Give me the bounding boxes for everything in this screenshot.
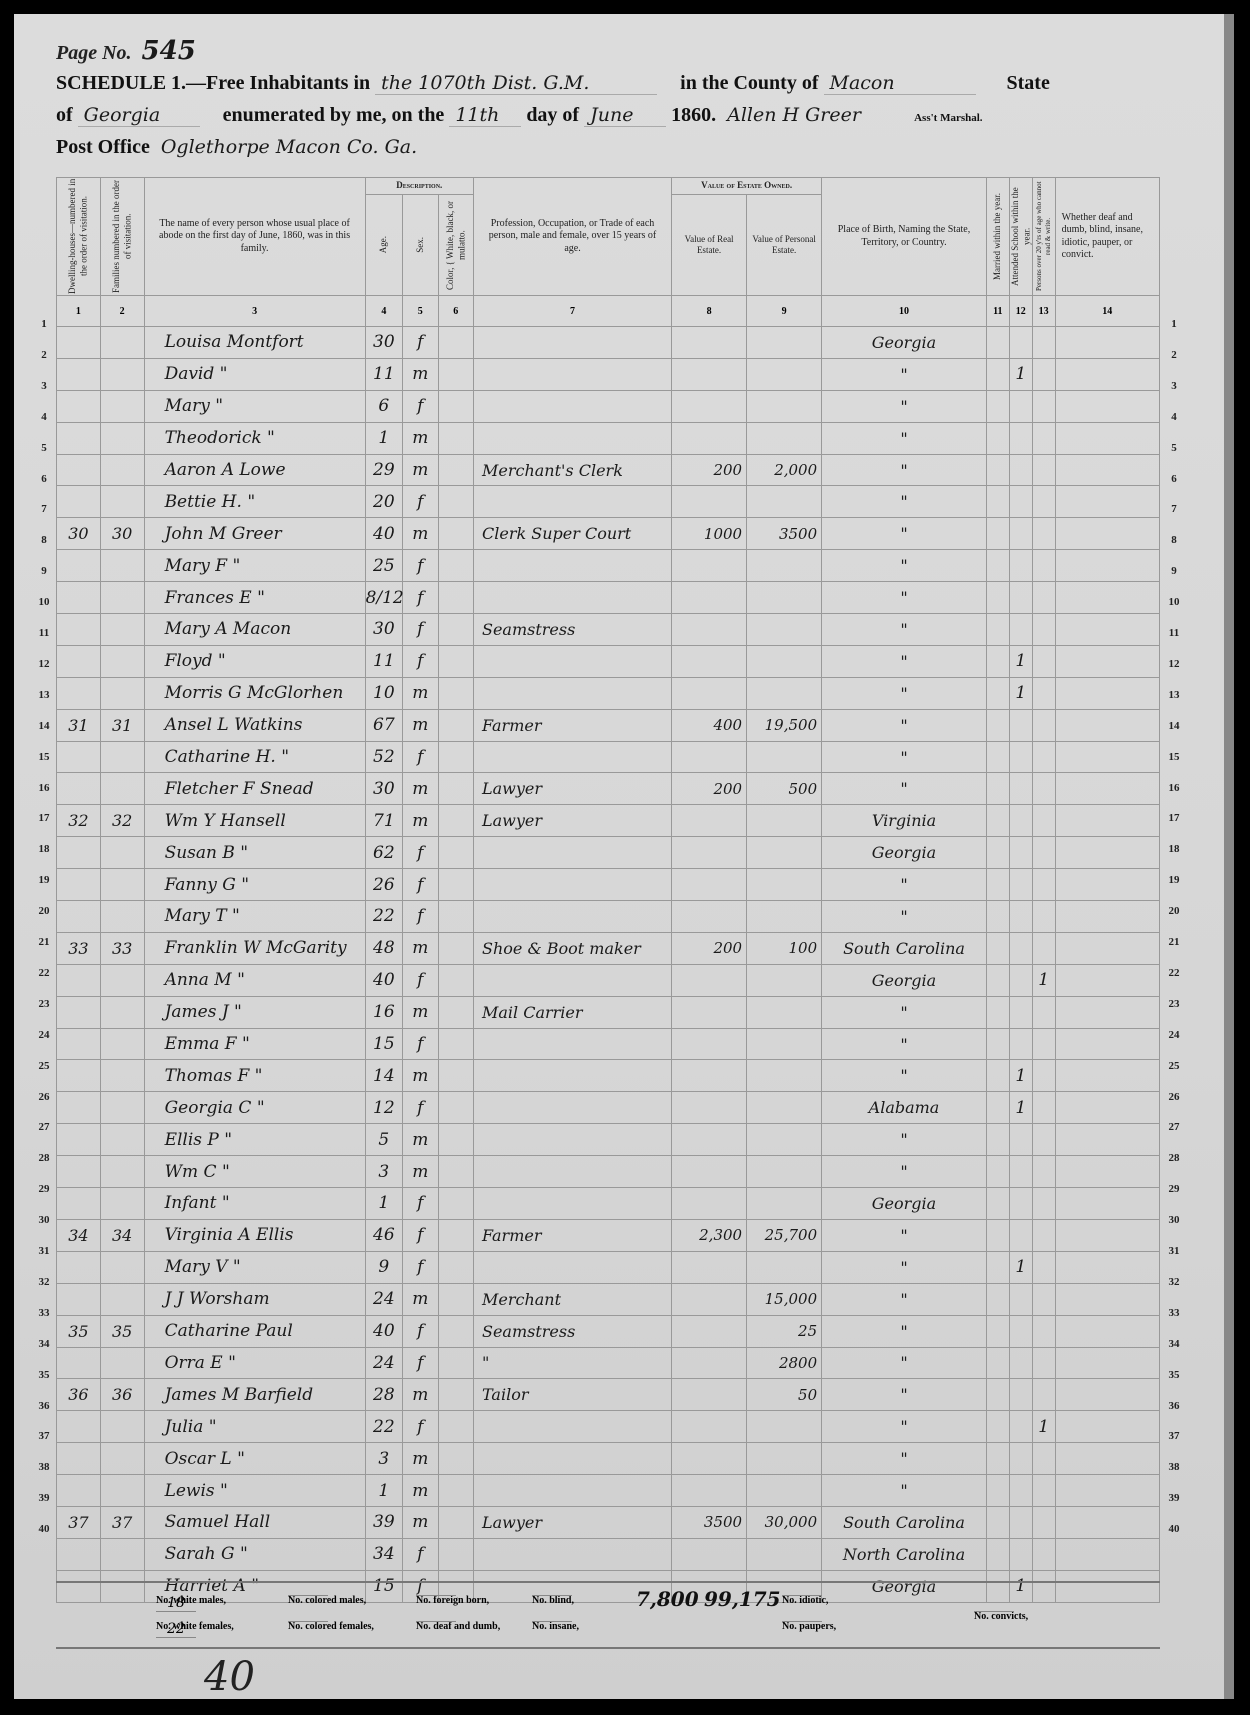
table-row: Orra E "24f"2800" <box>57 1347 1160 1379</box>
cell-occupation <box>473 1028 671 1060</box>
cell-personal-estate <box>747 390 822 422</box>
cell-sex: f <box>403 614 438 646</box>
cell-dwelling <box>57 390 101 422</box>
cell-name: Wm C " <box>144 1156 365 1188</box>
cell-name: Orra E " <box>144 1347 365 1379</box>
cell-disability <box>1055 805 1159 837</box>
cell-married <box>986 1347 1009 1379</box>
cell-personal-estate <box>747 1411 822 1443</box>
cell-sex: m <box>403 1060 438 1092</box>
cell-family <box>100 1092 144 1124</box>
cell-occupation <box>473 677 671 709</box>
cell-family <box>100 869 144 901</box>
line-number: 29 <box>34 1183 54 1195</box>
cell-real-estate <box>672 1156 747 1188</box>
cell-illiterate <box>1032 358 1055 390</box>
cell-married <box>986 454 1009 486</box>
line-number: 18 <box>34 843 54 855</box>
line-number: 29 <box>1164 1183 1184 1195</box>
cell-married <box>986 1506 1009 1538</box>
cell-name: Floyd " <box>144 645 365 677</box>
cell-family <box>100 1411 144 1443</box>
cell-personal-estate <box>747 1251 822 1283</box>
cell-birthplace: " <box>822 677 987 709</box>
line-number: 25 <box>1164 1060 1184 1072</box>
cell-age: 3 <box>365 1156 403 1188</box>
cell-school <box>1009 1475 1032 1507</box>
cell-disability <box>1055 582 1159 614</box>
cell-disability <box>1055 486 1159 518</box>
cell-school <box>1009 1538 1032 1570</box>
cell-family <box>100 964 144 996</box>
cell-name: Lewis " <box>144 1475 365 1507</box>
cell-dwelling <box>57 1251 101 1283</box>
cell-illiterate <box>1032 773 1055 805</box>
cell-occupation: Clerk Super Court <box>473 518 671 550</box>
cell-married <box>986 1156 1009 1188</box>
cell-name: Fanny G " <box>144 869 365 901</box>
cell-married <box>986 964 1009 996</box>
cell-color <box>438 1347 473 1379</box>
cell-sex: f <box>403 741 438 773</box>
cell-sex: m <box>403 1124 438 1156</box>
cell-birthplace: Georgia <box>822 837 987 869</box>
line-number: 5 <box>1164 442 1184 454</box>
cell-disability <box>1055 390 1159 422</box>
footer-mark: 40 <box>204 1654 255 1700</box>
cell-illiterate <box>1032 327 1055 359</box>
summary-block: No. white males, 18 No. white females, 2… <box>56 1581 1160 1649</box>
cell-color <box>438 327 473 359</box>
cell-sex: f <box>403 1538 438 1570</box>
cell-married <box>986 1124 1009 1156</box>
cell-married <box>986 709 1009 741</box>
line-number: 14 <box>1164 720 1184 732</box>
cell-dwelling <box>57 677 101 709</box>
cell-age: 14 <box>365 1060 403 1092</box>
cell-disability <box>1055 550 1159 582</box>
header-age: Age. <box>365 195 403 296</box>
table-row: Oscar L "3m" <box>57 1443 1160 1475</box>
cell-birthplace: " <box>822 1347 987 1379</box>
table-row: Anna M "40fGeorgia1 <box>57 964 1160 996</box>
district-value: the 1070th Dist. G.M. <box>375 72 657 95</box>
cell-age: 30 <box>365 327 403 359</box>
cell-disability <box>1055 837 1159 869</box>
cell-color <box>438 709 473 741</box>
cell-color <box>438 518 473 550</box>
cell-birthplace: Georgia <box>822 327 987 359</box>
table-row: Theodorick "1m" <box>57 422 1160 454</box>
cell-school <box>1009 964 1032 996</box>
schedule-line: SCHEDULE 1.—Free Inhabitants in the 1070… <box>56 72 1050 95</box>
cell-birthplace: " <box>822 1283 987 1315</box>
line-number: 10 <box>34 596 54 608</box>
col-num: 3 <box>144 296 365 327</box>
cell-illiterate <box>1032 1188 1055 1220</box>
cell-school <box>1009 869 1032 901</box>
cell-school <box>1009 996 1032 1028</box>
cell-married <box>986 741 1009 773</box>
cell-color <box>438 1251 473 1283</box>
cell-dwelling <box>57 1475 101 1507</box>
cell-name: Susan B " <box>144 837 365 869</box>
cell-family <box>100 358 144 390</box>
cell-real-estate <box>672 422 747 454</box>
cell-name: David " <box>144 358 365 390</box>
cell-name: Thomas F " <box>144 1060 365 1092</box>
cell-occupation <box>473 1092 671 1124</box>
cell-occupation <box>473 550 671 582</box>
col-num: 7 <box>473 296 671 327</box>
cell-dwelling <box>57 1283 101 1315</box>
header-sex: Sex. <box>403 195 438 296</box>
cell-birthplace: " <box>822 1411 987 1443</box>
cell-disability <box>1055 358 1159 390</box>
line-number: 3 <box>1164 380 1184 392</box>
cell-sex: m <box>403 1506 438 1538</box>
cell-age: 24 <box>365 1283 403 1315</box>
cell-family <box>100 1443 144 1475</box>
cell-school <box>1009 901 1032 933</box>
cell-name: Mary T " <box>144 901 365 933</box>
cell-personal-estate <box>747 422 822 454</box>
cell-occupation: " <box>473 1347 671 1379</box>
marshal-label: Ass't Marshal. <box>914 112 982 124</box>
cell-family <box>100 1347 144 1379</box>
cell-age: 11 <box>365 645 403 677</box>
enumeration-line: of Georgia enumerated by me, on the 11th… <box>56 104 983 127</box>
cell-color <box>438 486 473 518</box>
line-number: 8 <box>34 534 54 546</box>
state-value: Georgia <box>78 104 200 127</box>
cell-disability <box>1055 1028 1159 1060</box>
cell-birthplace: " <box>822 358 987 390</box>
line-number: 34 <box>1164 1338 1184 1350</box>
cell-sex: f <box>403 486 438 518</box>
cell-personal-estate: 3500 <box>747 518 822 550</box>
cell-school <box>1009 1283 1032 1315</box>
cell-age: 67 <box>365 709 403 741</box>
cell-name: Sarah G " <box>144 1538 365 1570</box>
cell-name: Ellis P " <box>144 1124 365 1156</box>
cell-illiterate <box>1032 741 1055 773</box>
cell-real-estate <box>672 901 747 933</box>
cell-illiterate <box>1032 709 1055 741</box>
cell-real-estate <box>672 1475 747 1507</box>
line-number: 27 <box>34 1121 54 1133</box>
cell-dwelling: 35 <box>57 1315 101 1347</box>
cell-name: Mary F " <box>144 550 365 582</box>
cell-occupation: Lawyer <box>473 1506 671 1538</box>
cell-personal-estate <box>747 358 822 390</box>
cell-occupation <box>473 582 671 614</box>
cell-color <box>438 550 473 582</box>
line-number: 10 <box>1164 596 1184 608</box>
table-row: 3535Catharine Paul40fSeamstress25" <box>57 1315 1160 1347</box>
cell-age: 12 <box>365 1092 403 1124</box>
cell-real-estate: 2,300 <box>672 1219 747 1251</box>
cell-name: Anna M " <box>144 964 365 996</box>
cell-age: 29 <box>365 454 403 486</box>
cell-name: Emma F " <box>144 1028 365 1060</box>
cell-occupation <box>473 1060 671 1092</box>
header-married: Married within the year. <box>986 178 1009 296</box>
cell-real-estate <box>672 390 747 422</box>
cell-age: 6 <box>365 390 403 422</box>
cell-age: 30 <box>365 614 403 646</box>
cell-school <box>1009 1028 1032 1060</box>
cell-real-estate <box>672 614 747 646</box>
cell-disability <box>1055 645 1159 677</box>
cell-family: 36 <box>100 1379 144 1411</box>
cell-name: John M Greer <box>144 518 365 550</box>
cell-real-estate <box>672 645 747 677</box>
cell-disability <box>1055 1188 1159 1220</box>
cell-sex: f <box>403 1347 438 1379</box>
line-number: 38 <box>1164 1461 1184 1473</box>
cell-illiterate <box>1032 1443 1055 1475</box>
cell-school <box>1009 390 1032 422</box>
cell-disability <box>1055 1092 1159 1124</box>
cell-birthplace: " <box>822 518 987 550</box>
cell-name: Mary " <box>144 390 365 422</box>
cell-age: 30 <box>365 773 403 805</box>
cell-illiterate <box>1032 1506 1055 1538</box>
cell-dwelling <box>57 327 101 359</box>
cell-sex: f <box>403 1092 438 1124</box>
cell-dwelling <box>57 454 101 486</box>
cell-family <box>100 614 144 646</box>
cell-dwelling: 30 <box>57 518 101 550</box>
cell-birthplace: " <box>822 582 987 614</box>
cell-personal-estate: 15,000 <box>747 1283 822 1315</box>
cell-personal-estate <box>747 1156 822 1188</box>
cell-family: 32 <box>100 805 144 837</box>
cell-dwelling <box>57 645 101 677</box>
cell-birthplace: " <box>822 454 987 486</box>
cell-married <box>986 996 1009 1028</box>
cell-family <box>100 1028 144 1060</box>
cell-illiterate <box>1032 582 1055 614</box>
cell-dwelling <box>57 582 101 614</box>
cell-dwelling: 37 <box>57 1506 101 1538</box>
cell-personal-estate <box>747 550 822 582</box>
cell-age: 24 <box>365 1347 403 1379</box>
cell-personal-estate: 500 <box>747 773 822 805</box>
line-number: 34 <box>34 1338 54 1350</box>
cell-real-estate <box>672 837 747 869</box>
cell-disability <box>1055 1475 1159 1507</box>
line-number: 12 <box>1164 658 1184 670</box>
cell-married <box>986 1251 1009 1283</box>
cell-color <box>438 1443 473 1475</box>
cell-personal-estate <box>747 1028 822 1060</box>
cell-personal-estate: 19,500 <box>747 709 822 741</box>
cell-married <box>986 1538 1009 1570</box>
cell-occupation: Mail Carrier <box>473 996 671 1028</box>
cell-occupation <box>473 964 671 996</box>
cell-illiterate <box>1032 1475 1055 1507</box>
cell-married <box>986 932 1009 964</box>
line-number: 26 <box>34 1091 54 1103</box>
cell-age: 9 <box>365 1251 403 1283</box>
cell-occupation: Seamstress <box>473 1315 671 1347</box>
cell-married <box>986 390 1009 422</box>
cell-illiterate <box>1032 805 1055 837</box>
line-number: 11 <box>1164 627 1184 639</box>
cell-school <box>1009 1379 1032 1411</box>
cell-birthplace: " <box>822 1475 987 1507</box>
table-row: Fletcher F Snead30mLawyer200500" <box>57 773 1160 805</box>
line-number: 28 <box>34 1152 54 1164</box>
line-number: 12 <box>34 658 54 670</box>
cell-disability <box>1055 1443 1159 1475</box>
cell-dwelling <box>57 901 101 933</box>
cell-real-estate <box>672 1028 747 1060</box>
cell-dwelling: 34 <box>57 1219 101 1251</box>
line-number: 24 <box>1164 1029 1184 1041</box>
cell-family: 30 <box>100 518 144 550</box>
line-number: 16 <box>34 782 54 794</box>
cell-color <box>438 645 473 677</box>
cell-disability <box>1055 964 1159 996</box>
cell-sex: f <box>403 327 438 359</box>
col-num: 8 <box>672 296 747 327</box>
cell-sex: m <box>403 454 438 486</box>
line-number: 38 <box>34 1461 54 1473</box>
cell-sex: f <box>403 1028 438 1060</box>
county-value: Macon <box>824 72 976 95</box>
cell-personal-estate <box>747 1443 822 1475</box>
cell-age: 62 <box>365 837 403 869</box>
cell-color <box>438 1411 473 1443</box>
cell-family: 31 <box>100 709 144 741</box>
col-num: 9 <box>747 296 822 327</box>
line-number: 1 <box>34 318 54 330</box>
cell-married <box>986 1219 1009 1251</box>
cell-married <box>986 582 1009 614</box>
cell-age: 46 <box>365 1219 403 1251</box>
line-number: 8 <box>1164 534 1184 546</box>
cell-dwelling <box>57 614 101 646</box>
cell-age: 10 <box>365 677 403 709</box>
page-number-value: 545 <box>142 36 196 66</box>
cell-real-estate <box>672 996 747 1028</box>
line-number: 13 <box>34 689 54 701</box>
cell-illiterate <box>1032 837 1055 869</box>
line-number: 5 <box>34 442 54 454</box>
cell-occupation <box>473 390 671 422</box>
cell-name: Mary V " <box>144 1251 365 1283</box>
cell-color <box>438 1315 473 1347</box>
cell-school: 1 <box>1009 1092 1032 1124</box>
line-number: 39 <box>1164 1492 1184 1504</box>
cell-married <box>986 422 1009 454</box>
cell-color <box>438 582 473 614</box>
cell-real-estate <box>672 741 747 773</box>
cell-sex: m <box>403 709 438 741</box>
col-num: 14 <box>1055 296 1159 327</box>
cell-married <box>986 869 1009 901</box>
cell-real-estate <box>672 1347 747 1379</box>
cell-disability <box>1055 454 1159 486</box>
line-number: 2 <box>1164 349 1184 361</box>
cell-school <box>1009 550 1032 582</box>
enumerated-label: enumerated by me, on the <box>223 104 445 126</box>
line-number: 24 <box>34 1029 54 1041</box>
cell-color <box>438 1060 473 1092</box>
cell-color <box>438 996 473 1028</box>
table-row: Thomas F "14m"1 <box>57 1060 1160 1092</box>
cell-sex: f <box>403 1188 438 1220</box>
cell-name: Samuel Hall <box>144 1506 365 1538</box>
cell-family <box>100 550 144 582</box>
cell-personal-estate <box>747 1124 822 1156</box>
header-name: The name of every person whose usual pla… <box>144 178 365 296</box>
cell-real-estate <box>672 550 747 582</box>
cell-occupation <box>473 486 671 518</box>
col-num: 10 <box>822 296 987 327</box>
cell-birthplace: " <box>822 1315 987 1347</box>
cell-color <box>438 358 473 390</box>
cell-real-estate <box>672 1315 747 1347</box>
cell-illiterate: 1 <box>1032 1411 1055 1443</box>
cell-disability <box>1055 741 1159 773</box>
cell-school <box>1009 1188 1032 1220</box>
cell-illiterate <box>1032 550 1055 582</box>
cell-personal-estate <box>747 614 822 646</box>
cell-name: Morris G McGlorhen <box>144 677 365 709</box>
cell-personal-estate <box>747 327 822 359</box>
cell-school <box>1009 1156 1032 1188</box>
cell-sex: f <box>403 1315 438 1347</box>
cell-birthplace: " <box>822 996 987 1028</box>
cell-real-estate <box>672 1411 747 1443</box>
cell-sex: m <box>403 1156 438 1188</box>
cell-real-estate <box>672 582 747 614</box>
line-number: 21 <box>34 936 54 948</box>
cell-illiterate <box>1032 1156 1055 1188</box>
cell-occupation: Lawyer <box>473 773 671 805</box>
cell-name: Mary A Macon <box>144 614 365 646</box>
cell-birthplace: " <box>822 869 987 901</box>
cell-birthplace: South Carolina <box>822 932 987 964</box>
cell-married <box>986 1283 1009 1315</box>
cell-illiterate <box>1032 486 1055 518</box>
cell-real-estate <box>672 358 747 390</box>
cell-school <box>1009 741 1032 773</box>
cell-family <box>100 837 144 869</box>
cell-color <box>438 1475 473 1507</box>
line-number: 36 <box>1164 1400 1184 1412</box>
cell-illiterate <box>1032 1092 1055 1124</box>
state-label: State <box>1007 72 1050 94</box>
cell-name: James M Barfield <box>144 1379 365 1411</box>
cell-real-estate <box>672 1188 747 1220</box>
cell-birthplace: " <box>822 901 987 933</box>
cell-name: Bettie H. " <box>144 486 365 518</box>
header-description: Description. <box>365 178 473 195</box>
cell-dwelling <box>57 358 101 390</box>
cell-personal-estate <box>747 582 822 614</box>
cell-dwelling <box>57 773 101 805</box>
cell-real-estate <box>672 1092 747 1124</box>
cell-sex: f <box>403 390 438 422</box>
cell-school <box>1009 422 1032 454</box>
col-num: 13 <box>1032 296 1055 327</box>
cell-disability <box>1055 677 1159 709</box>
